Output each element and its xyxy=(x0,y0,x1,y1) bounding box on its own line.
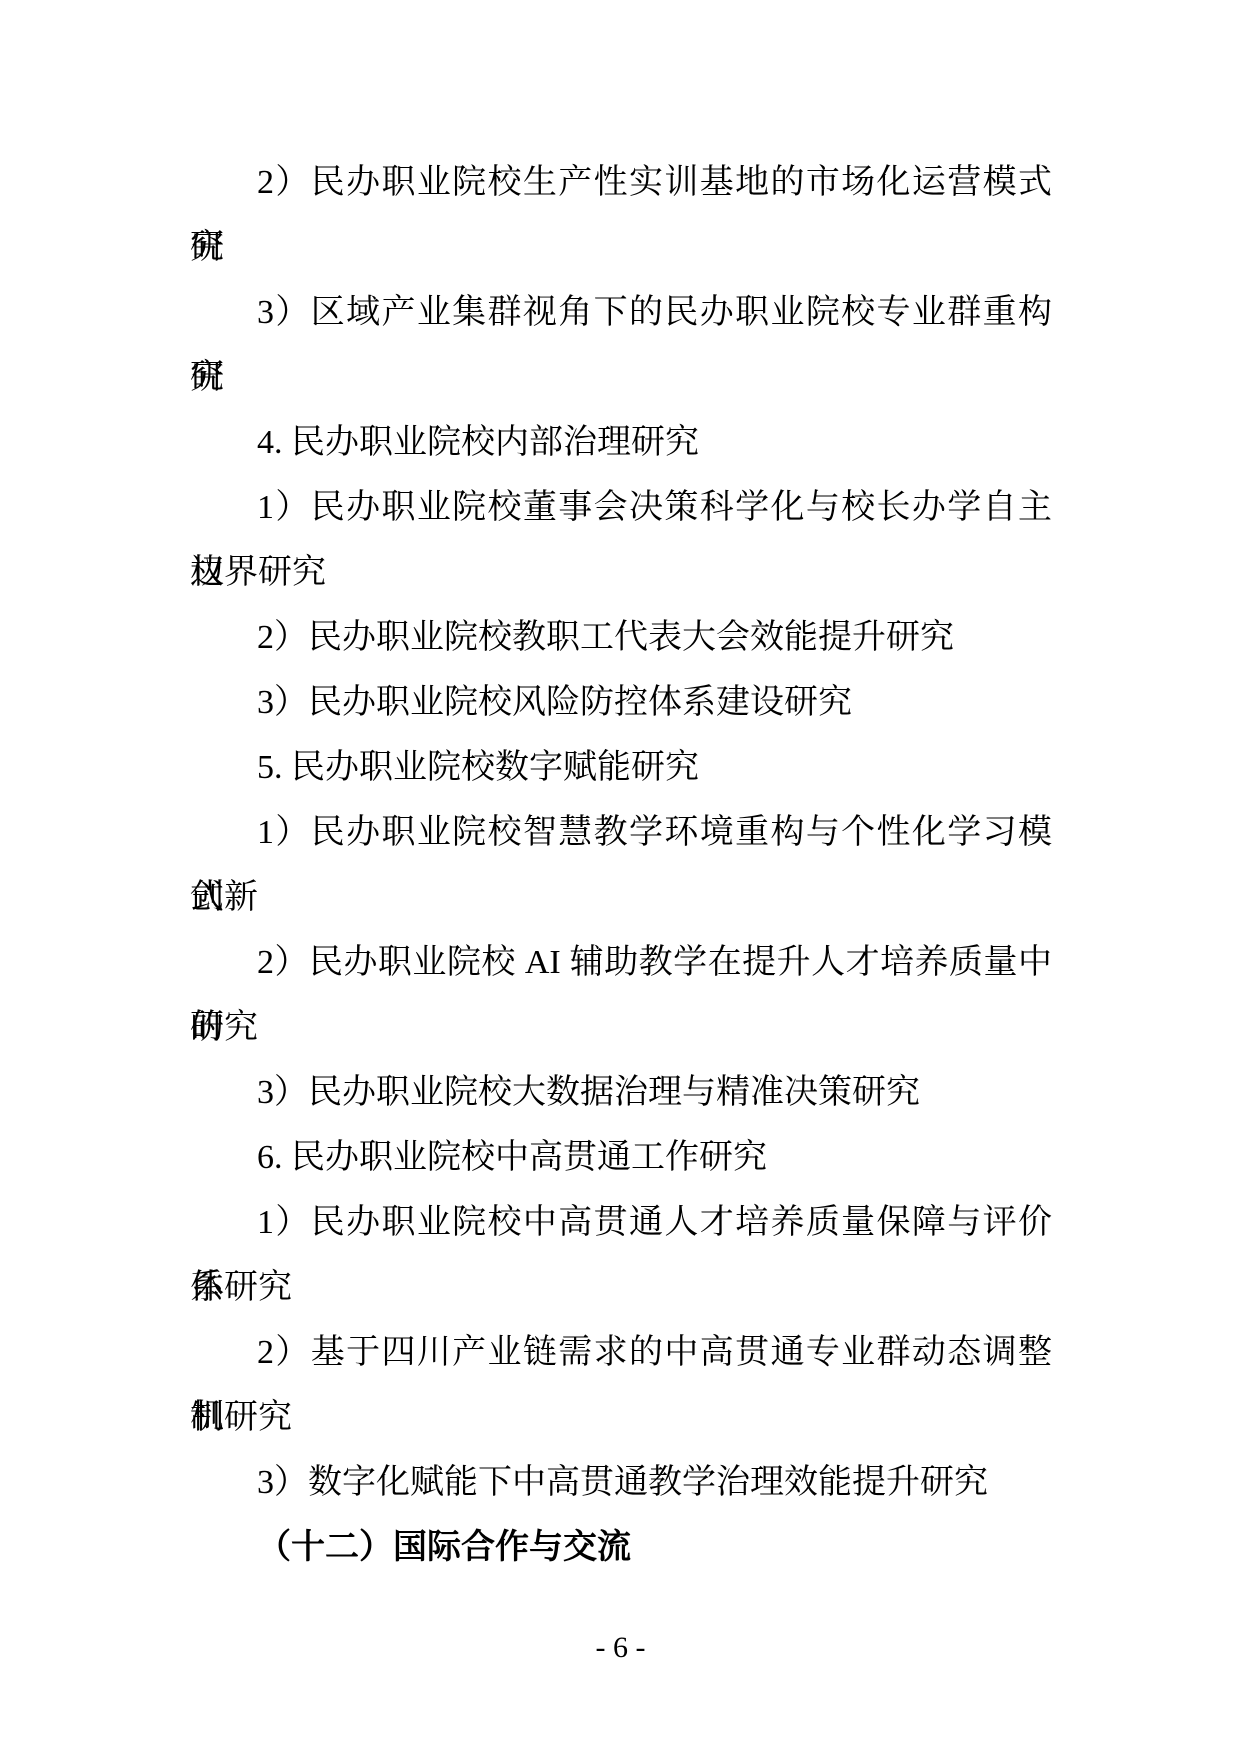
text-line: 2）民办职业院校 AI 辅助教学在提升人才培养质量中的 xyxy=(190,930,1052,995)
text-line: 研究 xyxy=(190,995,1052,1060)
text-line: 制研究 xyxy=(190,1385,1052,1450)
text-line: 3）民办职业院校风险防控体系建设研究 xyxy=(190,670,1052,735)
document-page: 2）民办职业院校生产性实训基地的市场化运营模式研 究 3）区域产业集群视角下的民… xyxy=(0,0,1241,1754)
text-line: 5. 民办职业院校数字赋能研究 xyxy=(190,735,1052,800)
text-line: 边界研究 xyxy=(190,540,1052,605)
text-line: 究 xyxy=(190,345,1052,410)
text-line: 究 xyxy=(190,215,1052,280)
document-body: 2）民办职业院校生产性实训基地的市场化运营模式研 究 3）区域产业集群视角下的民… xyxy=(190,150,1052,1580)
section-heading: （十二）国际合作与交流 xyxy=(190,1515,1052,1580)
text-line: 4. 民办职业院校内部治理研究 xyxy=(190,410,1052,475)
text-line: 1）民办职业院校智慧教学环境重构与个性化学习模式 xyxy=(190,800,1052,865)
text-line: 3）民办职业院校大数据治理与精准决策研究 xyxy=(190,1060,1052,1125)
text-line: 2）基于四川产业链需求的中高贯通专业群动态调整机 xyxy=(190,1320,1052,1385)
text-line: 3）数字化赋能下中高贯通教学治理效能提升研究 xyxy=(190,1450,1052,1515)
page-number: - 6 - xyxy=(0,1628,1241,1668)
text-line: 2）民办职业院校生产性实训基地的市场化运营模式研 xyxy=(190,150,1052,215)
text-line: 6. 民办职业院校中高贯通工作研究 xyxy=(190,1125,1052,1190)
text-line: 1）民办职业院校董事会决策科学化与校长办学自主权 xyxy=(190,475,1052,540)
text-line: 创新 xyxy=(190,865,1052,930)
text-line: 2）民办职业院校教职工代表大会效能提升研究 xyxy=(190,605,1052,670)
text-line: 3）区域产业集群视角下的民办职业院校专业群重构研 xyxy=(190,280,1052,345)
text-line: 系研究 xyxy=(190,1255,1052,1320)
text-line: 1）民办职业院校中高贯通人才培养质量保障与评价体 xyxy=(190,1190,1052,1255)
